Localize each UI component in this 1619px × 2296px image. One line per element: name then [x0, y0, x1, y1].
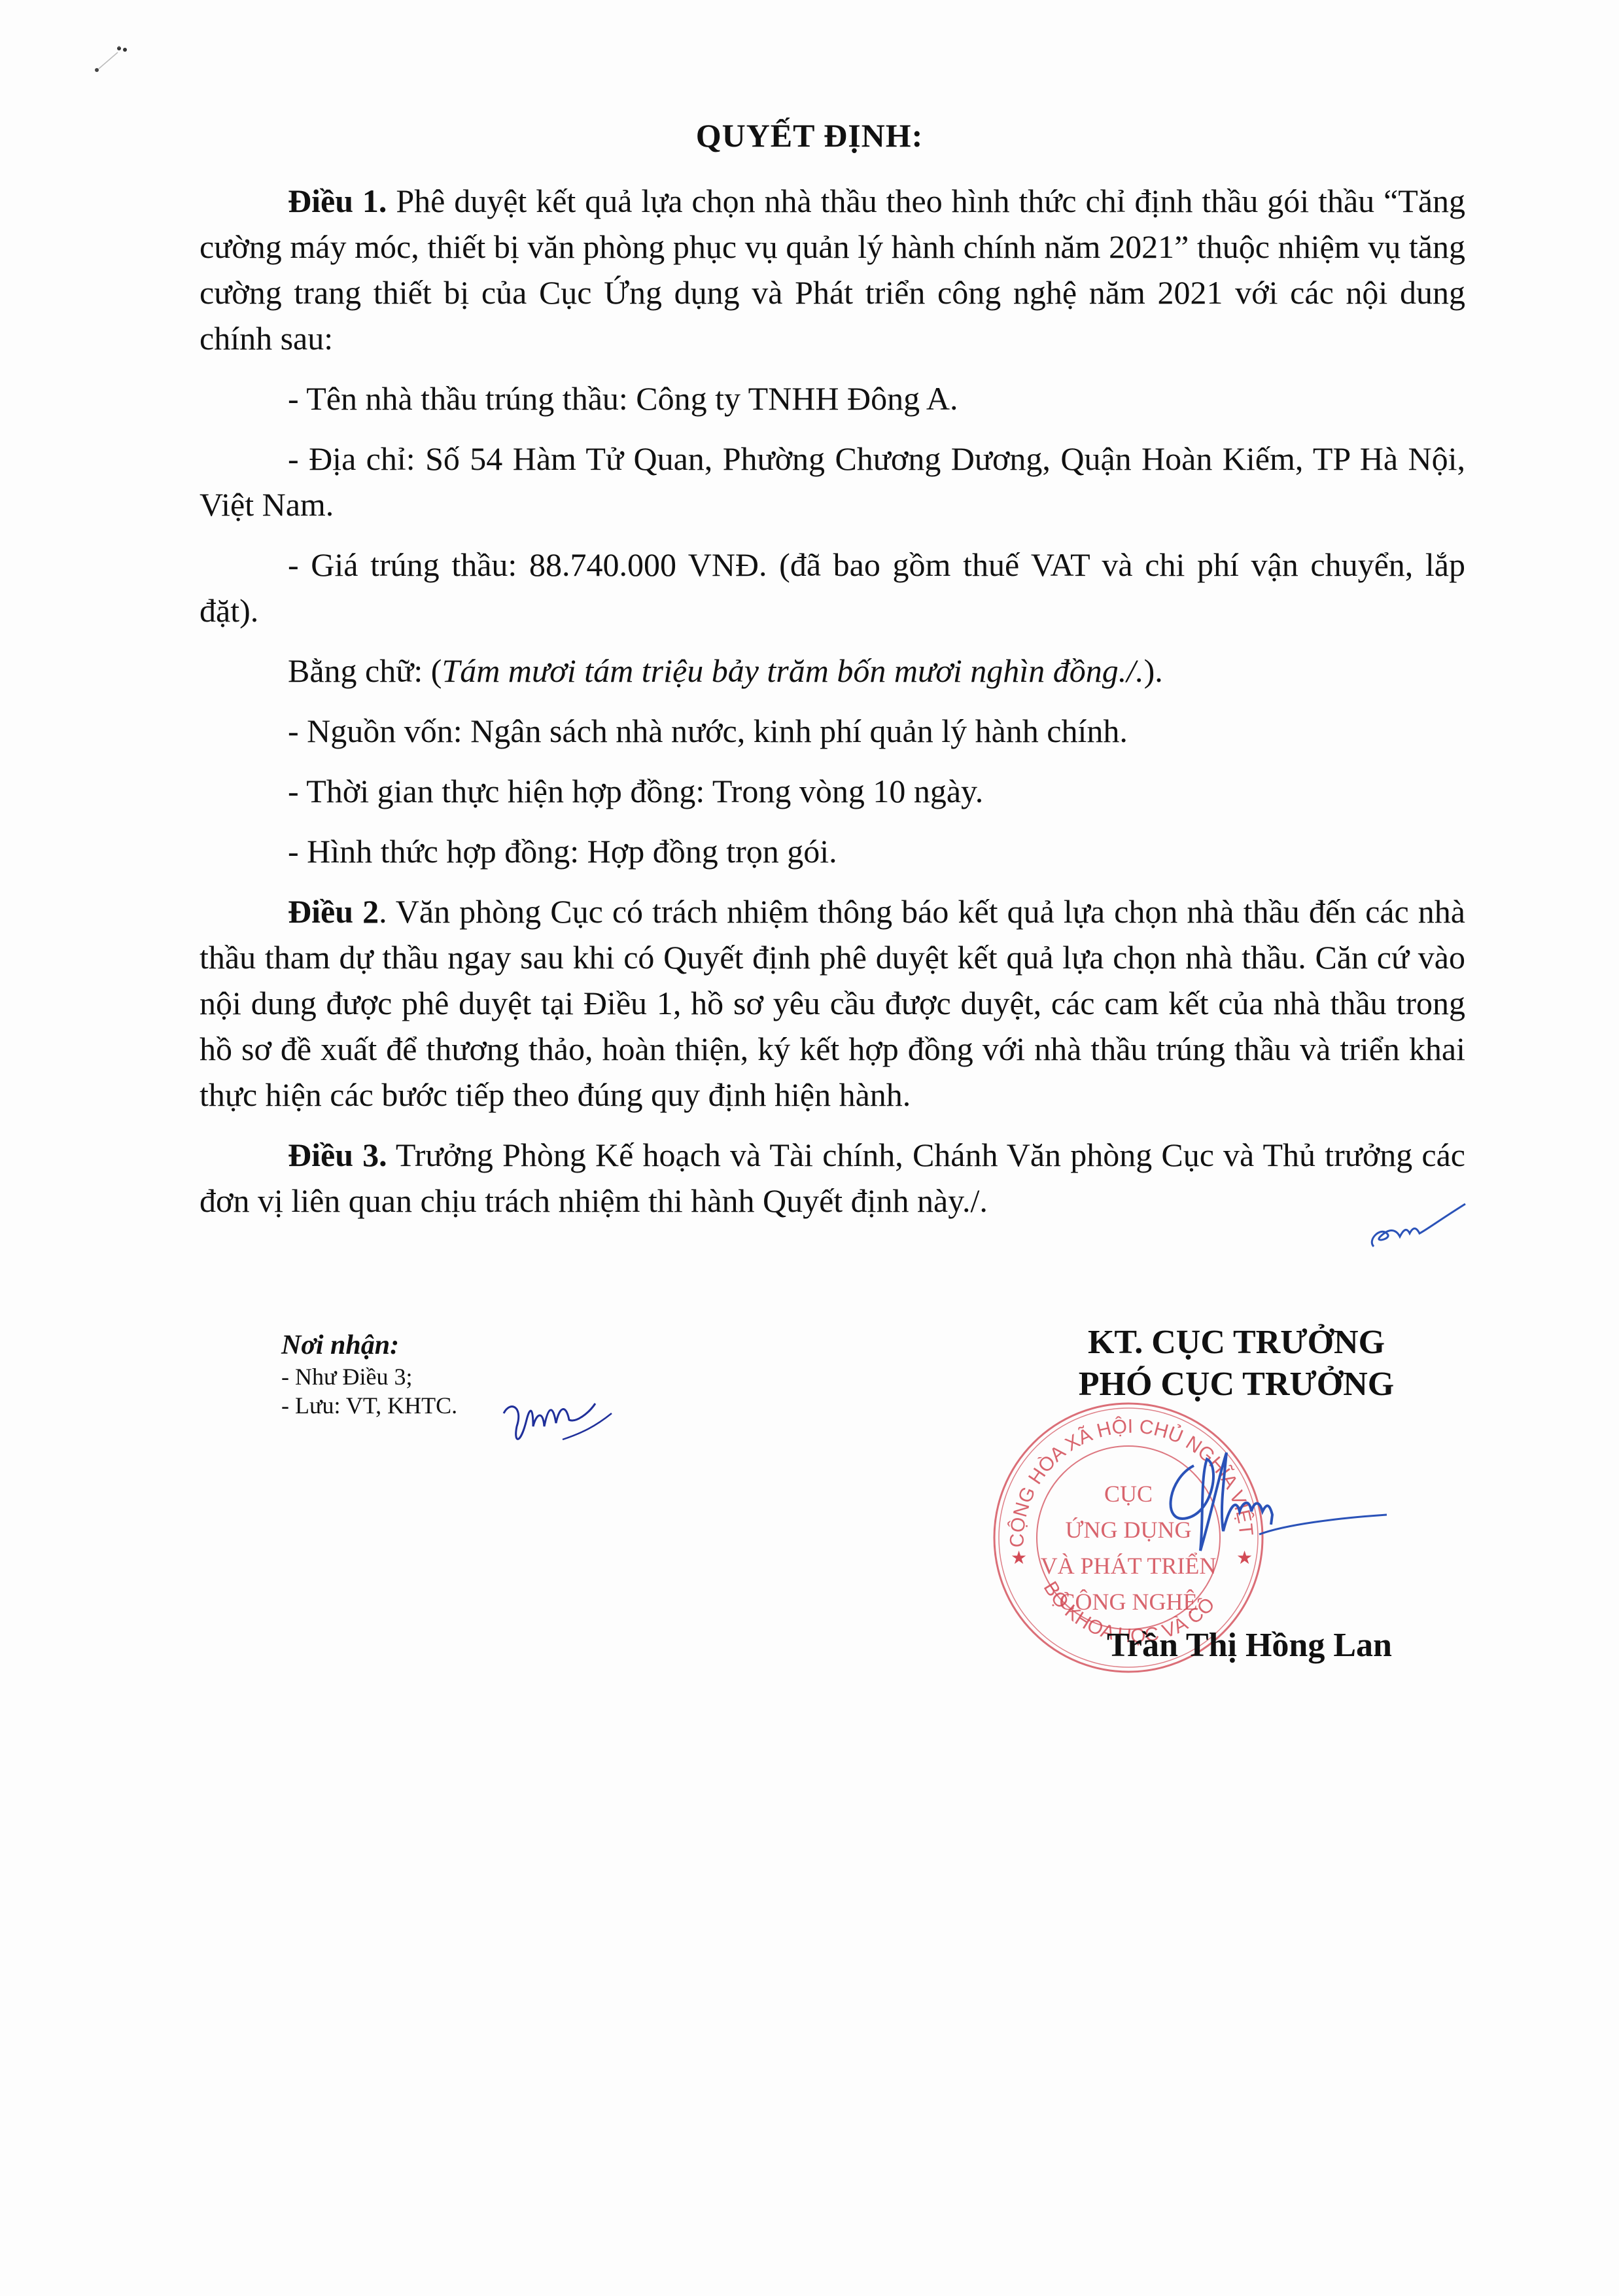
article-2: Điều 2. Văn phòng Cục có trách nhiệm thô… [200, 889, 1465, 1118]
contractor-address: - Địa chỉ: Số 54 Hàm Tử Quan, Phường Chư… [200, 436, 1465, 527]
contract-type: - Hình thức hợp đồng: Hợp đồng trọn gói. [200, 828, 1465, 874]
decision-body: Điều 1. Phê duyệt kết quả lựa chọn nhà t… [200, 178, 1465, 1238]
initial-signature-icon [1361, 1201, 1472, 1253]
scan-artifact [56, 39, 134, 98]
price-in-words-value: Tám mươi tám triệu bảy trăm bốn mươi ngh… [442, 652, 1143, 689]
decision-title: QUYẾT ĐỊNH: [0, 116, 1619, 154]
article-3-text: Trưởng Phòng Kế hoạch và Tài chính, Chán… [200, 1137, 1465, 1219]
svg-text:CỤC: CỤC [1104, 1481, 1153, 1507]
article-2-text: . Văn phòng Cục có trách nhiệm thông báo… [200, 893, 1465, 1113]
price-in-words: Bằng chữ: (Tám mươi tám triệu bảy trăm b… [200, 648, 1465, 694]
contract-duration: - Thời gian thực hiện hợp đồng: Trong vò… [200, 768, 1465, 814]
recipient-item: - Như Điều 3; [281, 1362, 457, 1391]
contractor-name: - Tên nhà thầu trúng thầu: Công ty TNHH … [200, 376, 1465, 421]
svg-text:CÔNG NGHỆ: CÔNG NGHỆ [1060, 1589, 1198, 1615]
funding-source: - Nguồn vốn: Ngân sách nhà nước, kinh ph… [200, 708, 1465, 754]
main-signature-icon [1155, 1439, 1390, 1557]
article-3: Điều 3. Trưởng Phòng Kế hoạch và Tài chí… [200, 1132, 1465, 1224]
article-2-label: Điều 2 [288, 893, 379, 930]
signature-title-line1: KT. CỤC TRƯỞNG [1007, 1322, 1465, 1364]
recipients-heading: Nơi nhận: [281, 1328, 457, 1362]
initial-signature-icon [497, 1394, 615, 1453]
document-page: QUYẾT ĐỊNH: Điều 1. Phê duyệt kết quả lự… [0, 0, 1619, 2296]
article-1-label: Điều 1. [288, 183, 387, 219]
article-1: Điều 1. Phê duyệt kết quả lựa chọn nhà t… [200, 178, 1465, 361]
recipients-block: Nơi nhận: - Như Điều 3; - Lưu: VT, KHTC. [281, 1328, 457, 1420]
svg-text:★: ★ [1011, 1548, 1027, 1568]
article-3-label: Điều 3. [288, 1137, 387, 1173]
signer-name: Trần Thị Hồng Lan [1040, 1626, 1459, 1665]
winning-price: - Giá trúng thầu: 88.740.000 VNĐ. (đã ba… [200, 542, 1465, 633]
article-1-text: Phê duyệt kết quả lựa chọn nhà thầu theo… [200, 183, 1465, 357]
recipient-item: - Lưu: VT, KHTC. [281, 1391, 457, 1420]
